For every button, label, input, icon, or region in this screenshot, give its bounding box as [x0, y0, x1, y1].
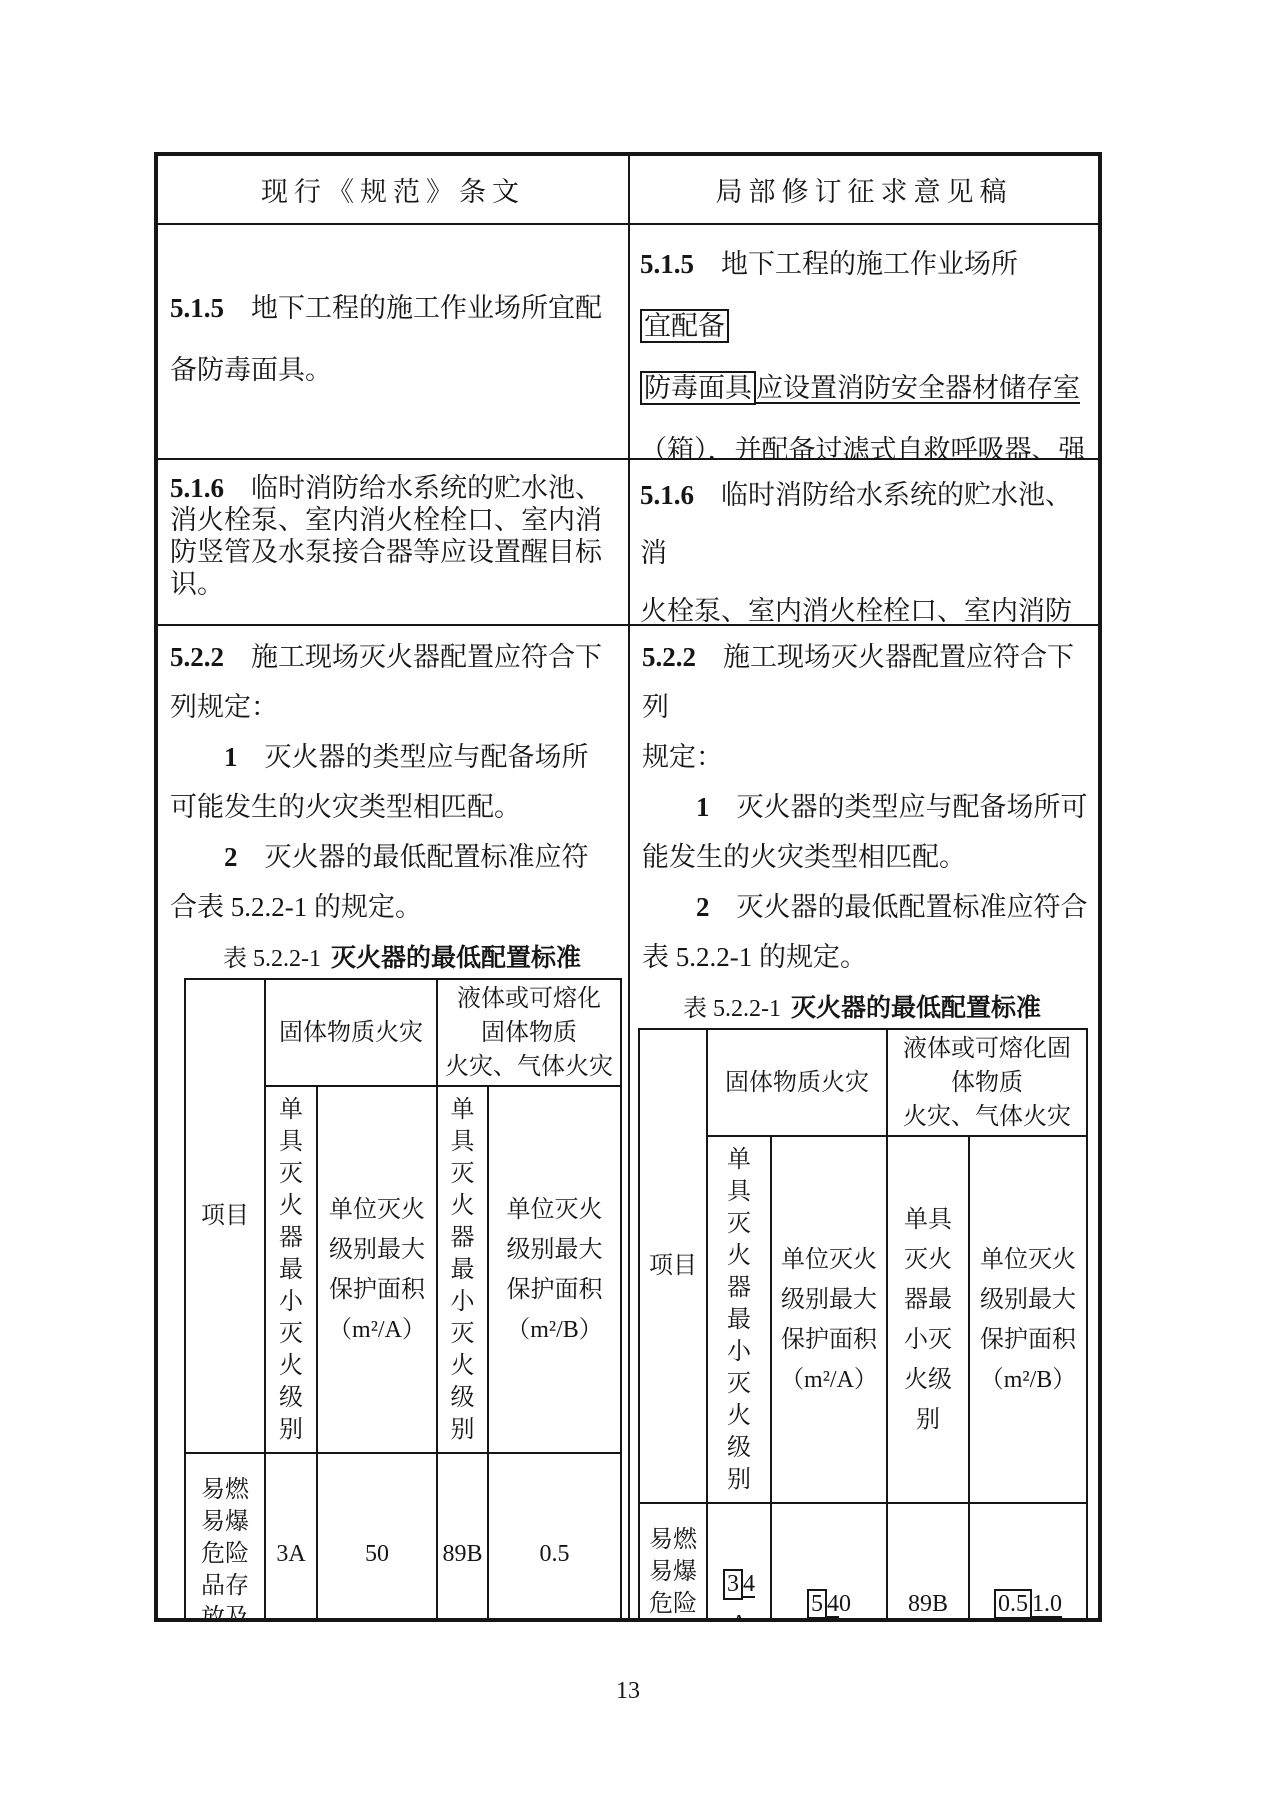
- header-current-code-label: 现行《规范》条文: [261, 170, 525, 209]
- inserted-text: 1.0: [1032, 1591, 1062, 1617]
- table-caption-title: 灭火器的最低配置标准: [791, 994, 1041, 1022]
- table-caption-right: 表 5.2.2-1灭火器的最低配置标准: [638, 992, 1086, 1024]
- deleted-text: 3: [723, 1569, 743, 1600]
- clause-number: 5.2.2: [170, 642, 224, 672]
- clause-5-2-2-revised: 5.2.2 施工现场灭火器配置应符合下列 规定： 1 灭火器的类型应与配备场所可…: [630, 626, 1098, 1618]
- clause-5-1-5-current-text: 5.1.5 地下工程的施工作业场所宜配 备防毒面具。: [158, 225, 628, 401]
- col-header-min-level-a: 单 具 灭 火 器 最 小 灭 火 级 别: [707, 1136, 771, 1503]
- clause-5-2-2-current-text: 5.2.2 施工现场灭火器配置应符合下 列规定： 1 灭火器的类型应与配备场所 …: [170, 632, 622, 932]
- deleted-text: 0.5: [994, 1589, 1032, 1618]
- row-label-flammable-storage: 易燃 易爆 危险 品存 放及: [639, 1503, 707, 1618]
- document-page: { "page_number": "13", "header": { "left…: [0, 0, 1280, 1810]
- col-header-min-level-a: 单 具 灭 火 器 最 小 灭 火 级 别: [265, 1086, 317, 1453]
- col-header-min-level-b: 单具 灭火 器最 小灭 火级 别: [887, 1136, 969, 1503]
- header-cell-current-code: 现行《规范》条文: [158, 156, 630, 225]
- table-caption-title: 灭火器的最低配置标准: [331, 944, 581, 972]
- col-header-max-area-b: 单位灭火 级别最大 保护面积 （m²/B）: [969, 1136, 1087, 1503]
- clause-body: 地下工程的施工作业场所宜配 备防毒面具。: [170, 293, 602, 385]
- col-header-solid-fire: 固体物质火灾: [265, 979, 437, 1086]
- extinguisher-standard-table-left: 项目 固体物质火灾 液体或可熔化 固体物质 火灾、气体火灾 单 具 灭 火 器 …: [184, 978, 622, 1618]
- clause-5-1-6-revised: 5.1.6 临时消防给水系统的贮水池、消 火栓泵、室内消火栓栓口、室内消防竖立管…: [630, 460, 1098, 626]
- clause-number: 5.1.6: [170, 473, 224, 503]
- value-min-level-a: 3A: [265, 1453, 317, 1618]
- deleted-text: 防毒面具: [640, 371, 756, 405]
- col-header-liquid-gas-fire: 液体或可熔化 固体物质 火灾、气体火灾: [437, 979, 621, 1086]
- deleted-text: 宜配备: [640, 309, 729, 343]
- list-number: 1: [224, 742, 238, 772]
- clause-body: 地下工程的施工作业场所: [694, 249, 1018, 279]
- col-header-liquid-gas-fire: 液体或可熔化固 体物质 火灾、气体火灾: [887, 1029, 1087, 1136]
- col-header-item: 项目: [185, 979, 265, 1453]
- value-text: A: [730, 1611, 747, 1618]
- clause-5-1-6-revised-text: 5.1.6 临时消防给水系统的贮水池、消 火栓泵、室内消火栓栓口、室内消防竖立管…: [630, 460, 1098, 626]
- clause-5-1-5-current: 5.1.5 地下工程的施工作业场所宜配 备防毒面具。: [158, 225, 630, 460]
- clause-number: 5.1.6: [640, 480, 694, 510]
- col-header-solid-fire: 固体物质火灾: [707, 1029, 887, 1136]
- list-number: 2: [224, 842, 238, 872]
- clause-number: 5.1.5: [640, 249, 694, 279]
- value-min-level-b: 89B: [437, 1453, 488, 1618]
- clause-number: 5.1.5: [170, 293, 224, 323]
- clause-body: 临时消防给水系统的贮水池、消 火栓泵、室内消火栓栓口、室内消防: [640, 480, 1072, 626]
- value-min-level-b: 89B: [887, 1503, 969, 1618]
- list-number: 1: [696, 792, 710, 822]
- clause-5-1-6-current: 5.1.6 临时消防给水系统的贮水池、 消火栓泵、室内消火栓栓口、室内消 防竖管…: [158, 460, 630, 626]
- col-header-max-area-a: 单位灭火 级别最大 保护面积 （m²/A）: [771, 1136, 887, 1503]
- col-header-item: 项目: [639, 1029, 707, 1503]
- header-cell-revision-draft: 局部修订征求意见稿: [630, 156, 1098, 225]
- row-label-flammable-storage: 易燃 易爆 危险 品存 放及: [185, 1453, 265, 1618]
- clause-body: 灭火器的最低配置标准应符合 表 5.2.2-1 的规定。: [642, 892, 1088, 972]
- clause-5-2-2-current: 5.2.2 施工现场灭火器配置应符合下 列规定： 1 灭火器的类型应与配备场所 …: [158, 626, 630, 1618]
- table-caption-label: 表 5.2.2-1: [683, 996, 781, 1022]
- clause-5-1-6-current-text: 5.1.6 临时消防给水系统的贮水池、 消火栓泵、室内消火栓栓口、室内消 防竖管…: [158, 460, 628, 600]
- col-header-min-level-b: 单 具 灭 火 器 最 小 灭 火 级 别: [437, 1086, 488, 1453]
- clause-5-2-2-revised-text: 5.2.2 施工现场灭火器配置应符合下列 规定： 1 灭火器的类型应与配备场所可…: [642, 632, 1092, 982]
- col-header-max-area-a: 单位灭火 级别最大 保护面积 （m²/A）: [317, 1086, 437, 1453]
- value-max-area-a: 50: [317, 1453, 437, 1618]
- comparison-table: 现行《规范》条文 局部修订征求意见稿 5.1.5 地下工程的施工作业场所宜配 备…: [154, 152, 1102, 1622]
- table-caption-left: 表 5.2.2-1灭火器的最低配置标准: [184, 942, 620, 974]
- inserted-text: 4: [827, 1591, 839, 1617]
- list-number: 2: [696, 892, 710, 922]
- value-text: 0: [839, 1591, 851, 1617]
- clause-5-1-5-revised-text: 5.1.5 地下工程的施工作业场所宜配备防毒面具应设置消防安全器材储存室 （箱）…: [630, 225, 1098, 460]
- page-number: 13: [154, 1678, 1102, 1705]
- value-max-area-b: 0.51.0: [969, 1503, 1087, 1618]
- clause-5-1-5-revised: 5.1.5 地下工程的施工作业场所宜配备防毒面具应设置消防安全器材储存室 （箱）…: [630, 225, 1098, 460]
- extinguisher-standard-table-right: 项目 固体物质火灾 液体或可熔化固 体物质 火灾、气体火灾 单 具 灭 火 器 …: [638, 1028, 1088, 1618]
- col-header-max-area-b: 单位灭火 级别最大 保护面积 （m²/B）: [488, 1086, 621, 1453]
- value-max-area-a: 540: [771, 1503, 887, 1618]
- header-revision-draft-label: 局部修订征求意见稿: [716, 170, 1013, 209]
- clause-body: 临时消防给水系统的贮水池、 消火栓泵、室内消火栓栓口、室内消 防竖管及水泵接合器…: [170, 473, 602, 599]
- table-caption-label: 表 5.2.2-1: [223, 946, 321, 972]
- deleted-text: 5: [807, 1589, 827, 1618]
- value-min-level-a: 34A: [707, 1503, 771, 1618]
- clause-number: 5.2.2: [642, 642, 696, 672]
- value-max-area-b: 0.5: [488, 1453, 621, 1618]
- inserted-text: 4: [743, 1571, 755, 1597]
